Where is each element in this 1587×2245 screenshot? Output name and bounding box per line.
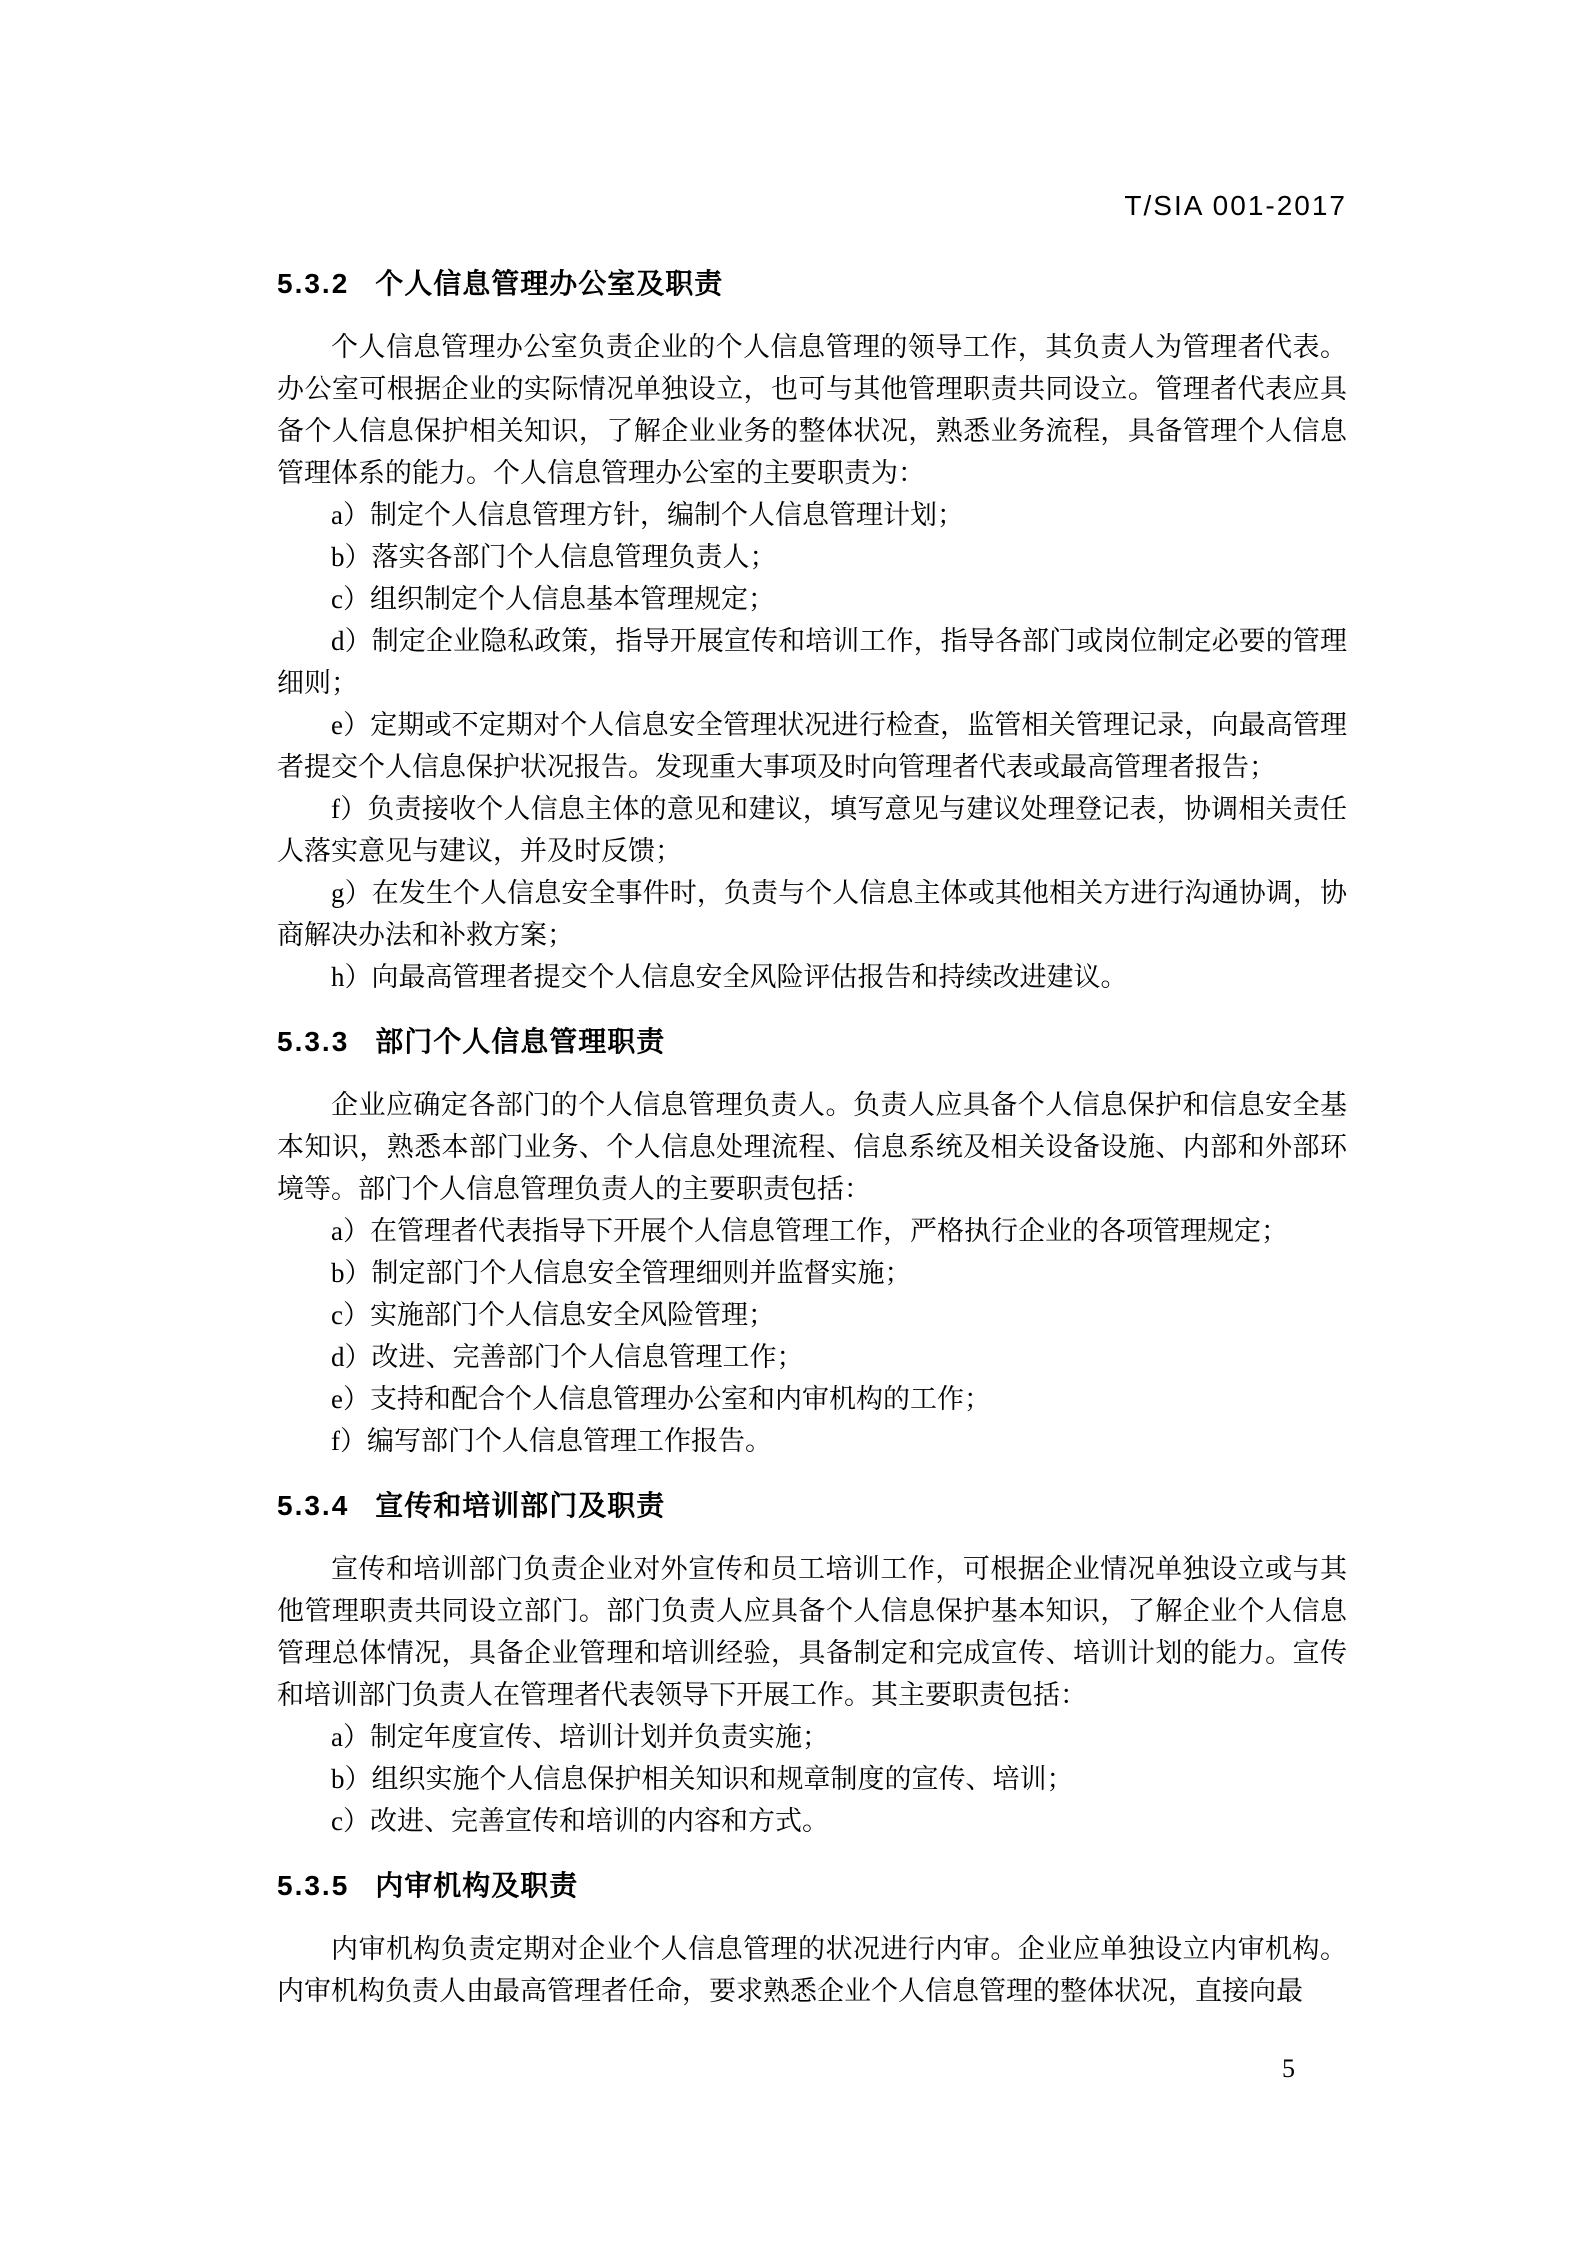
page-number: 5	[1282, 2054, 1295, 2084]
section-5-3-3: 5.3.3 部门个人信息管理职责 企业应确定各部门的个人信息管理负责人。负责人应…	[277, 1022, 1347, 1462]
paragraph: 企业应确定各部门的个人信息管理负责人。负责人应具备个人信息保护和信息安全基本知识…	[277, 1084, 1347, 1210]
section-number: 5.3.3	[277, 1022, 349, 1062]
paragraph: 个人信息管理办公室负责企业的个人信息管理的领导工作，其负责人为管理者代表。办公室…	[277, 326, 1347, 494]
paragraph: 宣传和培训部门负责企业对外宣传和员工培训工作，可根据企业情况单独设立或与其他管理…	[277, 1548, 1347, 1716]
section-title: 个人信息管理办公室及职责	[375, 264, 723, 304]
list-item: a）制定个人信息管理方针，编制个人信息管理计划；	[277, 494, 1347, 536]
list-item: c）改进、完善宣传和培训的内容和方式。	[277, 1800, 1347, 1842]
section-title: 宣传和培训部门及职责	[375, 1486, 665, 1526]
list-item: e）支持和配合个人信息管理办公室和内审机构的工作；	[277, 1378, 1347, 1420]
section-title: 内审机构及职责	[375, 1866, 578, 1906]
section-heading: 5.3.5 内审机构及职责	[277, 1866, 1347, 1906]
section-number: 5.3.5	[277, 1866, 349, 1906]
list-item: a）在管理者代表指导下开展个人信息管理工作，严格执行企业的各项管理规定；	[277, 1210, 1347, 1252]
list-item: f）编写部门个人信息管理工作报告。	[277, 1420, 1347, 1462]
list-item: b）组织实施个人信息保护相关知识和规章制度的宣传、培训；	[277, 1758, 1347, 1800]
document-content: 5.3.2 个人信息管理办公室及职责 个人信息管理办公室负责企业的个人信息管理的…	[277, 240, 1347, 2012]
section-heading: 5.3.3 部门个人信息管理职责	[277, 1022, 1347, 1062]
list-item: e）定期或不定期对个人信息安全管理状况进行检查，监管相关管理记录，向最高管理者提…	[277, 704, 1347, 788]
list-item: h）向最高管理者提交个人信息安全风险评估报告和持续改进建议。	[277, 956, 1347, 998]
paragraph: 内审机构负责定期对企业个人信息管理的状况进行内审。企业应单独设立内审机构。内审机…	[277, 1928, 1347, 2012]
list-item: b）制定部门个人信息安全管理细则并监督实施；	[277, 1252, 1347, 1294]
list-item: c）组织制定个人信息基本管理规定；	[277, 578, 1347, 620]
list-item: d）制定企业隐私政策，指导开展宣传和培训工作，指导各部门或岗位制定必要的管理细则…	[277, 620, 1347, 704]
section-5-3-4: 5.3.4 宣传和培训部门及职责 宣传和培训部门负责企业对外宣传和员工培训工作，…	[277, 1486, 1347, 1842]
section-heading: 5.3.2 个人信息管理办公室及职责	[277, 264, 1347, 304]
section-number: 5.3.2	[277, 264, 349, 304]
section-5-3-5: 5.3.5 内审机构及职责 内审机构负责定期对企业个人信息管理的状况进行内审。企…	[277, 1866, 1347, 2012]
list-item: g）在发生个人信息安全事件时，负责与个人信息主体或其他相关方进行沟通协调，协商解…	[277, 872, 1347, 956]
list-item: f）负责接收个人信息主体的意见和建议，填写意见与建议处理登记表，协调相关责任人落…	[277, 788, 1347, 872]
list-item: d）改进、完善部门个人信息管理工作；	[277, 1336, 1347, 1378]
list-item: c）实施部门个人信息安全风险管理；	[277, 1294, 1347, 1336]
doc-ref-header: T/SIA 001-2017	[277, 190, 1347, 222]
list-item: a）制定年度宣传、培训计划并负责实施；	[277, 1716, 1347, 1758]
document-page: T/SIA 001-2017 5.3.2 个人信息管理办公室及职责 个人信息管理…	[0, 0, 1587, 2245]
section-heading: 5.3.4 宣传和培训部门及职责	[277, 1486, 1347, 1526]
section-title: 部门个人信息管理职责	[375, 1022, 665, 1062]
section-number: 5.3.4	[277, 1486, 349, 1526]
list-item: b）落实各部门个人信息管理负责人；	[277, 536, 1347, 578]
section-5-3-2: 5.3.2 个人信息管理办公室及职责 个人信息管理办公室负责企业的个人信息管理的…	[277, 264, 1347, 998]
